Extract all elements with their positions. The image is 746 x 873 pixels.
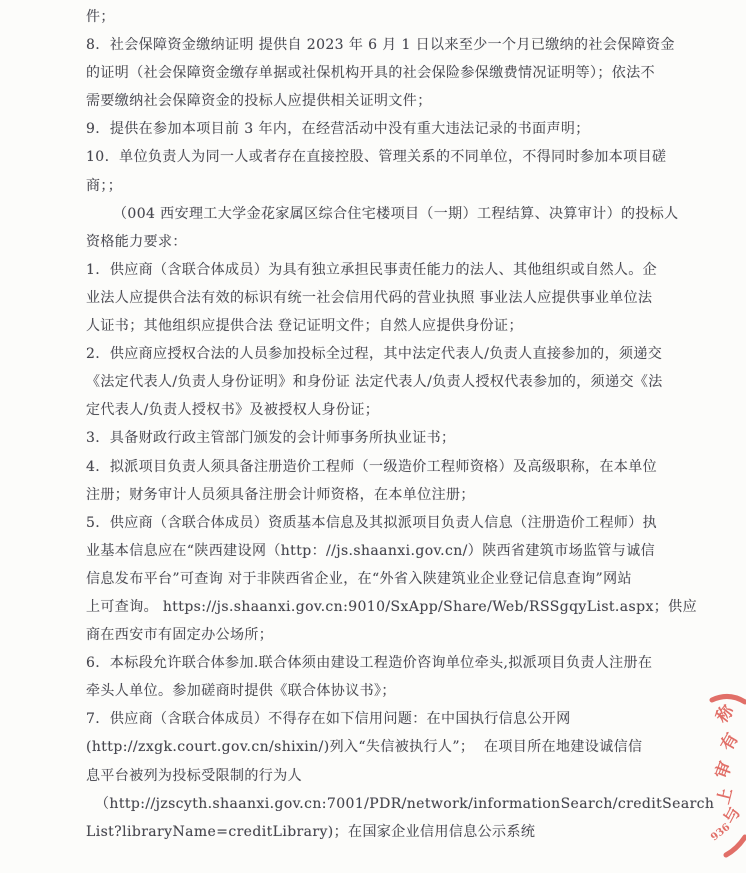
document-text-block: 件； 8. 社会保障资金缴纳证明 提供自 2023 年 6 月 1 日以来至少一…	[86, 3, 702, 846]
doc-line: 8. 社会保障资金缴纳证明 提供自 2023 年 6 月 1 日以来至少一个月已…	[86, 31, 702, 59]
doc-line: 注册；财务审计人员须具备注册会计师资格，在本单位注册；	[86, 481, 702, 509]
stamp-arc-top	[712, 696, 745, 702]
stamp-number: 936	[709, 822, 732, 844]
scanned-document-page: 件； 8. 社会保障资金缴纳证明 提供自 2023 年 6 月 1 日以来至少一…	[0, 0, 746, 873]
doc-line: 6. 本标段允许联合体参加.联合体须由建设工程造价咨询单位牵头,拟派项目负责人注…	[86, 649, 702, 677]
stamp-glyph: 有	[716, 729, 743, 754]
doc-line: 1. 供应商（含联合体成员）为具有独立承担民事责任能力的法人、其他组织或自然人。…	[86, 256, 702, 284]
doc-line: 9. 提供在参加本项目前 3 年内，在经营活动中没有重大违法记录的书面声明；	[86, 115, 702, 143]
doc-line: (http://zxgk.court.gov.cn/shixin/)列入“失信被…	[86, 733, 702, 761]
red-seal-stamp-fragment: 称 有 审 上 与 936	[696, 688, 746, 863]
doc-line: 5. 供应商（含联合体成员）资质基本信息及其拟派项目负责人信息（注册造价工程师）…	[86, 509, 702, 537]
doc-line: 资格能力要求：	[86, 228, 702, 256]
doc-line: 需要缴纳社会保障资金的投标人应提供相关证明文件；	[86, 87, 702, 115]
doc-line: 件；	[86, 3, 702, 31]
doc-line: （004 西安理工大学金花家属区综合住宅楼项目（一期）工程结算、决算审计）的投标…	[86, 200, 702, 228]
doc-line: 商；；	[86, 172, 702, 200]
stamp-glyph: 称	[711, 700, 739, 728]
doc-line: 商在西安市有固定办公场所；	[86, 621, 702, 649]
doc-line: 2. 供应商应授权合法的人员参加投标全过程，其中法定代表人/负责人直接参加的，须…	[86, 340, 702, 368]
doc-line: 业法人应提供合法有效的标识有统一社会信用代码的营业执照 事业法人应提供事业单位法	[86, 284, 702, 312]
doc-line: 的证明（社会保障资金缴存单据或社保机构开具的社会保险参保缴费情况证明等）；依法不	[86, 59, 702, 87]
doc-line: 息平台被列为投标受限制的行为人	[86, 762, 702, 790]
doc-line: 定代表人/负责人授权书》及被授权人身份证；	[86, 396, 702, 424]
stamp-glyph: 与	[720, 804, 744, 827]
doc-line: 信息发布平台”可查询 对于非陕西省企业，在“外省入陕建筑业企业登记信息查询”网站	[86, 565, 702, 593]
doc-line: 10. 单位负责人为同一人或者存在直接控股、管理关系的不同单位，不得同时参加本项…	[86, 143, 702, 171]
doc-line: 7. 供应商（含联合体成员）不得存在如下信用问题：在中国执行信息公开网	[86, 705, 702, 733]
doc-line: 4. 拟派项目负责人须具备注册造价工程师（一级造价工程师资格）及高级职称，在本单…	[86, 453, 702, 481]
doc-line: 人证书；其他组织应提供合法 登记证明文件；自然人应提供身份证；	[86, 312, 702, 340]
doc-line: 牵头人单位。参加磋商时提供《联合体协议书》；	[86, 677, 702, 705]
stamp-arc-bottom	[726, 837, 745, 855]
doc-line: 3. 具备财政行政主管部门颁发的会计师事务所执业证书；	[86, 424, 702, 452]
stamp-glyph: 审	[711, 759, 737, 782]
doc-line: 业基本信息应在“陕西建设网（http：//js.shaanxi.gov.cn/）…	[86, 537, 702, 565]
doc-line: 《法定代表人/负责人身份证明》和身份证 法定代表人/负责人授权代表参加的，须递交…	[86, 368, 702, 396]
doc-line: 上可查询。 https://js.shaanxi.gov.cn:9010/SxA…	[86, 593, 702, 621]
doc-line: （http://jzscyth.shaanxi.gov.cn:7001/PDR/…	[86, 790, 702, 818]
doc-line: List?libraryName=creditLibrary)；在国家企业信用信…	[86, 818, 702, 846]
stamp-glyph: 上	[713, 786, 735, 806]
